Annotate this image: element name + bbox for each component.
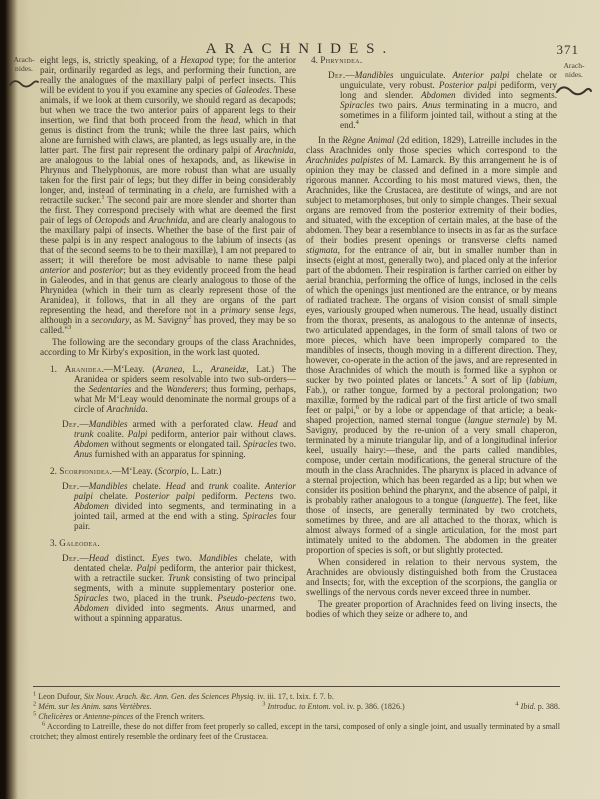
phrynidea-heading: 4. Phrynidea. [306,55,557,65]
margin-note-left: Arach- nides. [6,56,42,89]
aranidea-entry: 1. Aranidea.—M‘Leay. (Aranea, L., Aranei… [40,364,296,414]
left-column: eight legs, is, strictly speaking, of a … [40,55,296,623]
phrynidea-definition: Def.—Mandibles unguiculate. Anterior pal… [306,70,557,130]
regne-animal-paragraph: In the Règne Animal (2d edition, 1829), … [306,135,557,555]
galeodea-definition: Def.—Head distinct. Eyes two. Mandibles … [40,553,296,623]
page-gutter-shadow [0,0,30,799]
nervous-system-paragraph: When considered in relation to their ner… [306,557,557,597]
footnote-4: 4 Ibid. p. 388. [515,702,560,712]
margin-note-line: nides. [6,65,42,74]
footnote-divider [33,686,560,687]
page-number: 371 [557,42,580,58]
aranidea-definition: Def.—Mandibles armed with a perforated c… [40,419,296,459]
margin-note-right: Arach- nides. [556,62,592,97]
intro-paragraph: The following are the secondary groups o… [40,337,296,357]
swung-dash-icon [9,77,39,89]
swung-dash-icon [556,83,592,97]
galeodea-heading: 3. Galeodea. [40,538,296,548]
margin-note-line: nides. [556,71,592,80]
feeding-paragraph: The greater proportion of Arachnides fee… [306,599,557,619]
footnote-2: 2 Mém. sur les Anim. sans Vertèbres. [33,702,152,712]
footnote-3: 3 Introduc. to Entom. vol. iv. p. 386. (… [262,702,404,712]
footnote-5: 5 Chelicères or Antenne-pinces of the Fr… [33,712,560,722]
book-page: ARACHNIDES. 371 Arach- nides. Arach- nid… [0,0,600,799]
footnote-1: 1 Leon Dufour, Six Nouv. Arach. &c. Ann.… [33,692,560,702]
scorpionidea-heading: 2. Scorpionidea.—M‘Leay. (Scorpio, L. La… [40,466,296,476]
scorpionidea-definition: Def.—Mandibles chelate. Head and trunk c… [40,481,296,531]
footnote-row: 2 Mém. sur les Anim. sans Vertèbres. 3 I… [33,702,560,712]
right-column: 4. Phrynidea. Def.—Mandibles unguiculate… [306,55,557,619]
footnote-6: 6 According to Latreille, these do not d… [30,722,560,742]
footnotes-section: 1 Leon Dufour, Six Nouv. Arach. &c. Ann.… [33,686,560,742]
continuation-paragraph: eight legs, is, strictly speaking, of a … [40,55,296,335]
